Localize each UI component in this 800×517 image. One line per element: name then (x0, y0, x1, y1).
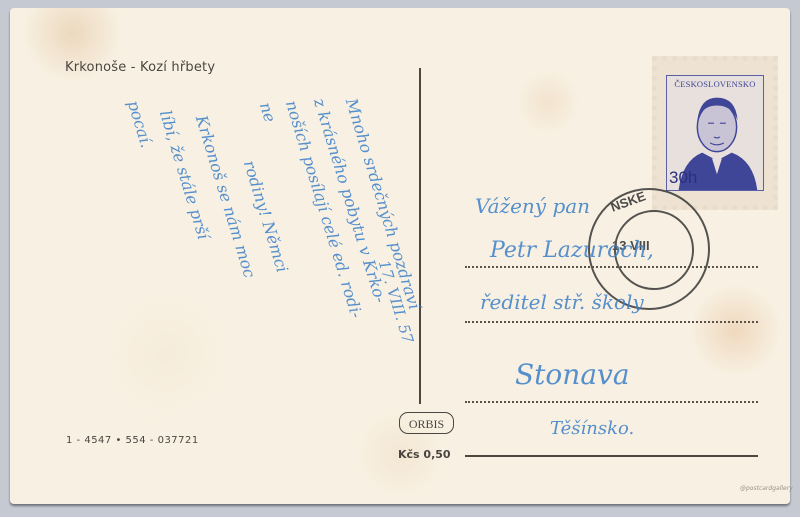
price-label: Kčs 0,50 (398, 448, 451, 461)
postage-stamp: ČESKOSLOVENSKO 30h (652, 56, 778, 210)
address-line: Stonava (515, 358, 630, 391)
postcard-back: Krkonoše - Kozí hřbety 1 - 4547 • 554 - … (10, 8, 790, 504)
catalog-code: 1 - 4547 • 554 - 037721 (66, 435, 199, 446)
address-rule (465, 455, 758, 457)
postmark-place: NSKE (609, 188, 648, 214)
center-divider (419, 68, 421, 404)
address-line: Těšínsko. (550, 418, 634, 439)
watermark: @postcardgallery (740, 485, 793, 492)
address-rule (465, 266, 758, 268)
address-line: Petr Lazuroch, (490, 238, 654, 263)
publisher-logo: ORBIS (399, 412, 454, 434)
message-line: ne (256, 100, 280, 124)
address-line: ředitel stř. školy (480, 290, 644, 314)
postcard-title: Krkonoše - Kozí hřbety (65, 60, 215, 75)
stamp-value: 30h (669, 168, 697, 188)
message-line: pocaí. (124, 98, 156, 150)
stamp-portrait: ČESKOSLOVENSKO 30h (666, 75, 764, 191)
address-rule (465, 321, 758, 323)
address-line: Vážený pan (475, 194, 590, 218)
address-rule (465, 401, 758, 403)
